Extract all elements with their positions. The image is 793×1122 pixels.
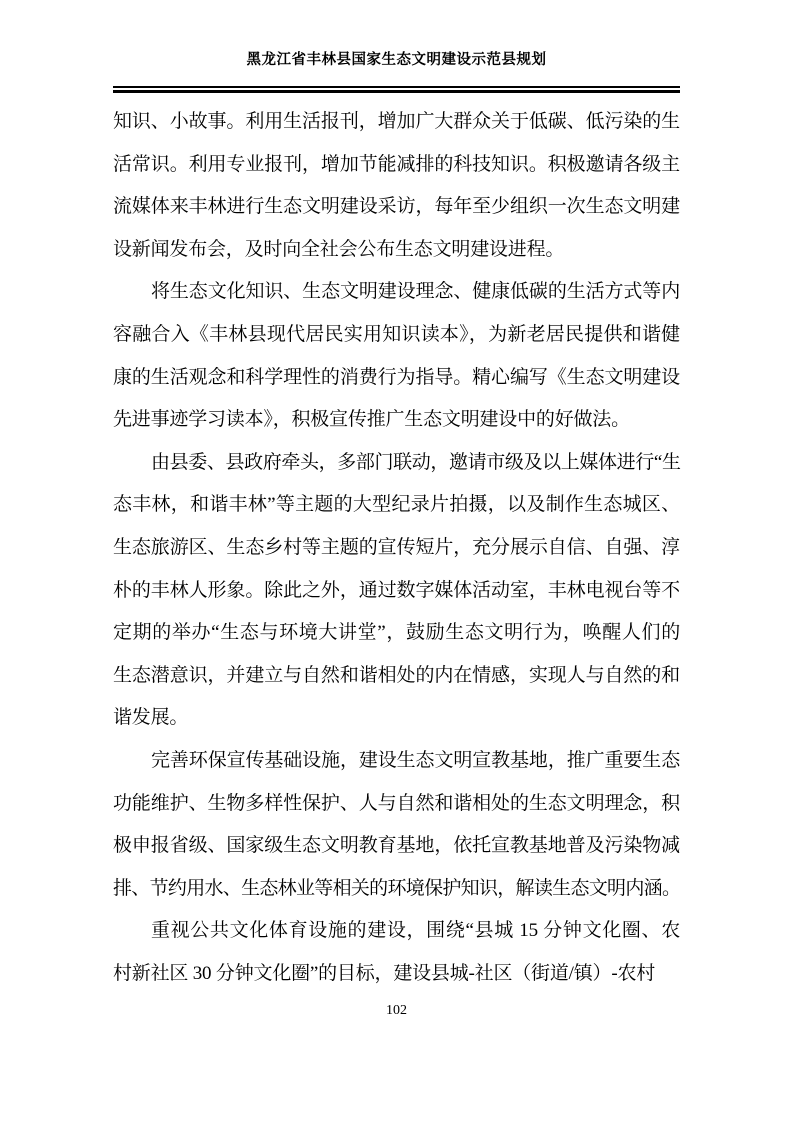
text-line: 朴的丰林人形象。除此之外，通过数字媒体活动室，丰林电视台等不 — [113, 570, 680, 613]
text-line: 容融合入《丰林县现代居民实用知识读本》，为新老居民提供和谐健 — [113, 314, 680, 357]
header-rule-double-line — [113, 86, 680, 93]
paragraph: 重视公共文化体育设施的建设，围绕“县城 15 分钟文化圈、农 村新社区 30 分… — [113, 910, 680, 995]
page-number: 102 — [0, 1003, 793, 1019]
text-line: 流媒体来丰林进行生态文明建设采访，每年至少组织一次生态文明建 — [113, 186, 680, 229]
text-line: 排、节约用水、生态林业等相关的环境保护知识，解读生态文明内涵。 — [113, 868, 680, 911]
text-line: 村新社区 30 分钟文化圈”的目标，建设县城-社区（街道/镇）-农村 — [113, 953, 680, 996]
text-line: 先进事迹学习读本》，积极宣传推广生态文明建设中的好做法。 — [113, 399, 680, 442]
header-title: 黑龙江省丰林县国家生态文明建设示范县规划 — [113, 48, 680, 69]
text-line: 生态旅游区、生态乡村等主题的宣传短片，充分展示自信、自强、淳 — [113, 527, 680, 570]
text-line: 态丰林，和谐丰林”等主题的大型纪录片拍摄，以及制作生态城区、 — [113, 484, 680, 527]
text-line: 重视公共文化体育设施的建设，围绕“县城 15 分钟文化圈、农 — [113, 910, 680, 953]
paragraph: 将生态文化知识、生态文明建设理念、健康低碳的生活方式等内 容融合入《丰林县现代居… — [113, 271, 680, 441]
text-line: 将生态文化知识、生态文明建设理念、健康低碳的生活方式等内 — [113, 271, 680, 314]
text-line: 极申报省级、国家级生态文明教育基地，依托宣教基地普及污染物减 — [113, 825, 680, 868]
paragraph: 知识、小故事。利用生活报刊，增加广大群众关于低碳、低污染的生 活常识。利用专业报… — [113, 101, 680, 271]
text-line: 设新闻发布会，及时向全社会公布生态文明建设进程。 — [113, 229, 680, 272]
header-rule-bottom-line — [113, 90, 680, 93]
text-line: 完善环保宣传基础设施，建设生态文明宣教基地，推广重要生态 — [113, 740, 680, 783]
paragraph: 由县委、县政府牵头，多部门联动，邀请市级及以上媒体进行“生 态丰林，和谐丰林”等… — [113, 442, 680, 740]
text-line: 知识、小故事。利用生活报刊，增加广大群众关于低碳、低污染的生 — [113, 101, 680, 144]
text-line: 定期的举办“生态与环境大讲堂”，鼓励生态文明行为，唤醒人们的 — [113, 612, 680, 655]
text-line: 活常识。利用专业报刊，增加节能减排的科技知识。积极邀请各级主 — [113, 144, 680, 187]
text-line: 功能维护、生物多样性保护、人与自然和谐相处的生态文明理念，积 — [113, 783, 680, 826]
text-line: 谐发展。 — [113, 697, 680, 740]
text-line: 康的生活观念和科学理性的消费行为指导。精心编写《生态文明建设 — [113, 357, 680, 400]
text-line: 生态潜意识，并建立与自然和谐相处的内在情感，实现人与自然的和 — [113, 655, 680, 698]
paragraph: 完善环保宣传基础设施，建设生态文明宣教基地，推广重要生态 功能维护、生物多样性保… — [113, 740, 680, 910]
header-rule-top-line — [113, 86, 680, 88]
text-line: 由县委、县政府牵头，多部门联动，邀请市级及以上媒体进行“生 — [113, 442, 680, 485]
document-page: 黑龙江省丰林县国家生态文明建设示范县规划 知识、小故事。利用生活报刊，增加广大群… — [0, 0, 793, 1122]
document-body: 知识、小故事。利用生活报刊，增加广大群众关于低碳、低污染的生 活常识。利用专业报… — [113, 101, 680, 995]
